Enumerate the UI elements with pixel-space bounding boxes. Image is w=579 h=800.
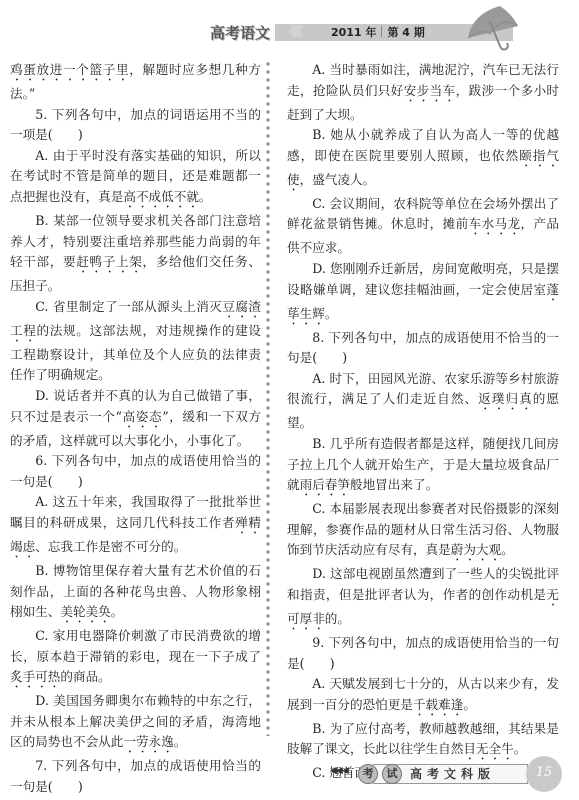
dotted-phrase: 一劳永逸 <box>123 734 173 749</box>
dotted-phrase: 赶鸭子上架 <box>76 254 142 269</box>
dotted-phrase: 蔚为大观 <box>451 542 501 557</box>
text: 。 <box>325 306 338 321</box>
text: 的。 <box>325 611 350 626</box>
issue-year: 2011 年 <box>331 26 376 39</box>
page-footer: ◀◀◀ 考 试 高考文科版 15 <box>330 756 570 792</box>
dotted-phrase: 鸡蛋放进一个篮子里 <box>10 62 129 77</box>
question-8-stem: 8. 下列各句中，加点的成语使用不恰当的一句是( ) <box>287 328 559 369</box>
text: 、忘我工作是密不可分的。 <box>35 539 186 554</box>
text: 。 <box>199 189 212 204</box>
q7-option-a: A. 当时暴雨如注，满地泥泞，汽车已无法行走，抢险队员们只好安步当车，跋涉一个多… <box>287 60 559 125</box>
dotted-phrase: 高姿态 <box>122 409 162 424</box>
chevrons-decoration: 《《《 <box>283 24 300 41</box>
question-7-stem: 7. 下列各句中，加点的成语使用恰当的一句是( ) <box>10 756 261 797</box>
q8-option-a: A. 时下，田园风光游、农家乐游等乡村旅游很流行，满足了人们走近自然、返璞归真的… <box>287 369 559 434</box>
page-number: 15 <box>526 756 562 792</box>
right-column: A. 当时暴雨如注，满地泥泞，汽车已无法行走，抢险队员们只好安步当车，跋涉一个多… <box>287 60 559 784</box>
q5-option-d: D. 说话者并不真的认为自己做错了事，只不过是表示一个“高姿态”，缓和一下双方的… <box>10 386 261 451</box>
issue-number: 第 4 期 <box>387 26 424 39</box>
paragraph-continuation: 鸡蛋放进一个篮子里，解题时应多想几种方法。” <box>10 60 261 105</box>
text: ，盛气凌人。 <box>300 172 376 187</box>
question-6-stem: 6. 下列各句中，加点的成语使用恰当的一句是( ) <box>10 451 261 492</box>
edition-label: 高考文科版 <box>410 765 495 782</box>
dotted-phrase: 高不成低不就 <box>123 189 199 204</box>
q8-option-c: C. 本届影展表现出参赛者对民俗摄影的深刻理解，参赛作品的题材从日常生活习俗、人… <box>287 499 559 564</box>
journal-title: 高考语文 <box>210 22 270 43</box>
q7-option-c: C. 会议期间，农科院等单位在会场外摆出了鲜花盆景销售摊。休息时，摊前车水马龙，… <box>287 194 559 259</box>
q7-option-b: B. 她从小就养成了自认为高人一等的优越感，即使在医院里要别人照顾，也依然颐指气… <box>287 125 559 194</box>
q6-option-b: B. 博物馆里保存着大量有艺术价值的石刻作品，上面的各种花鸟虫兽、人物形象栩栩如… <box>10 561 261 626</box>
text: C. 家用电器降价刺激了市民消费欲的增长，原本趋于滞销的彩电，现在一下子成了 <box>10 628 261 664</box>
dotted-phrase: 千载难逢 <box>413 697 463 712</box>
text: B. 博物馆里保存着大量有艺术价值的石刻作品，上面的各种花鸟虫兽、人物形象栩栩如… <box>10 563 261 619</box>
q5-option-b: B. 某部一位领导要求机关各部门注意培养人才，特别要注重培养那些能力尚弱的年轻干… <box>10 211 261 297</box>
text: 般地冒出来了。 <box>350 477 438 492</box>
column-divider <box>262 60 274 736</box>
dotted-phrase: 车水马龙 <box>469 216 521 231</box>
arrows-icon: ◀◀◀ <box>330 766 348 776</box>
dotted-phrase: 美轮美奂 <box>60 604 110 619</box>
q8-option-d: D. 这部电视剧虽然遭到了一些人的尖锐批评和指责，但是批评者认为，作者的创作动机… <box>287 564 559 633</box>
text: D. 这部电视剧虽然遭到了一些人的尖锐批评和指责，但是批评者认为，作者的创作动机… <box>287 566 559 602</box>
question-5-stem: 5. 下列各句中，加点的词语运用不当的一项是( ) <box>10 105 261 146</box>
issue-separator <box>381 26 382 37</box>
text: D. 您刚刚乔迁新居，房间宽敞明亮，只是摆设略嫌单调，建议您挂幅油画，一定会使居… <box>287 261 559 297</box>
q8-option-b: B. 几乎所有造假者都是这样，随便找几间房子拉上几个人就开始生产，于是大量垃圾食… <box>287 434 559 499</box>
text: 。 <box>174 734 187 749</box>
q6-option-c: C. 家用电器降价刺激了市民消费欲的增长，原本趋于滞销的彩电，现在一下子成了炙手… <box>10 626 261 691</box>
text: 。 <box>514 741 527 756</box>
text: 。 <box>111 604 124 619</box>
text: 的商品。 <box>60 669 110 684</box>
dotted-phrase: 炙手可热 <box>10 669 60 684</box>
left-column: 鸡蛋放进一个篮子里，解题时应多想几种方法。” 5. 下列各句中，加点的词语运用不… <box>10 60 261 798</box>
page-header: 高考语文 《《《 2011 年第 4 期 <box>0 0 579 52</box>
text: C. 省里制定了一部从源头上消灭 <box>35 299 222 314</box>
question-9-stem: 9. 下列各句中，加点的成语使用恰当的一句是( ) <box>287 633 559 674</box>
footer-badge-kao: 考 <box>358 764 378 784</box>
text: 。 <box>501 542 514 557</box>
q6-option-a: A. 这五十年来，我国取得了一批批举世瞩目的科研成果，这同几代科技工作者殚精竭虑… <box>10 492 261 561</box>
dotted-phrase: 雨后春笋 <box>300 477 350 492</box>
dotted-phrase: 目无全牛 <box>463 741 513 756</box>
dotted-phrase: 安步当车 <box>404 83 456 98</box>
q7-option-d: D. 您刚刚乔迁新居，房间宽敞明亮，只是摆设略嫌单调，建议您挂幅油画，一定会使居… <box>287 259 559 328</box>
issue-info: 2011 年第 4 期 <box>331 24 425 41</box>
text: C. 本届影展表现出参赛者对民俗摄影的深刻理解，参赛作品的题材从日常生活习俗、人… <box>287 501 559 557</box>
footer-badge-shi: 试 <box>382 764 402 784</box>
text: 。 <box>463 697 476 712</box>
text: A. 这五十年来，我国取得了一批批举世瞩目的科研成果，这同几代科技工作者 <box>10 494 261 530</box>
q5-option-c: C. 省里制定了一部从源头上消灭豆腐渣工程的法规。这部法规，对违规操作的建设工程… <box>10 297 261 386</box>
umbrella-icon <box>462 4 522 54</box>
dotted-phrase: 返璞归真 <box>478 391 533 406</box>
text: 的法规。这部法规，对违规操作的建设工程勘察设计，其单位及个人应负的法律责任作了明… <box>10 323 261 383</box>
q5-option-a: A. 由于平时没有落实基础的知识，所以在考试时不管是简单的题目，还是难题都一点把… <box>10 146 261 211</box>
q9-option-a: A. 天赋发展到七十分的，从古以来少有，发展到一百分的恐怕更是千载难逢。 <box>287 674 559 719</box>
q6-option-d: D. 美国国务卿奥尔布赖特的中东之行，并未从根本上解决美伊之间的矛盾，海湾地区的… <box>10 691 261 756</box>
